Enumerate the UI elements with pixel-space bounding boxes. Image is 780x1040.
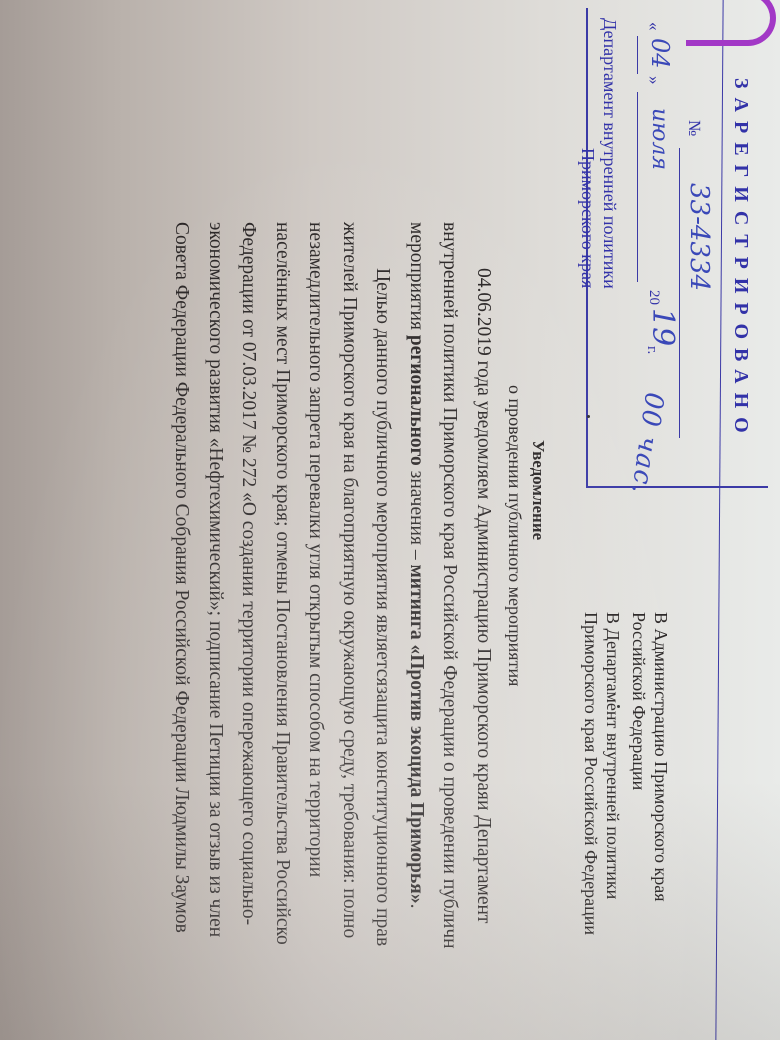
body-p2-line1: Целью данного публичного мероприятия явл… — [366, 222, 400, 1040]
stamp-day-handwritten: 04 — [646, 38, 674, 69]
stamp-year-handwritten: 19 — [645, 308, 680, 346]
ink-speck — [617, 705, 620, 708]
addressee-2-line1: В Департамент внутренней политики — [602, 612, 624, 935]
stamp-date-open-quote: « — [644, 22, 664, 31]
body-p2-line4: населённых мест Приморского края; отмены… — [266, 222, 300, 1040]
paperclip-icon — [686, 0, 776, 46]
body-p1-line3: мероприятия регионального значения – мит… — [400, 222, 434, 1040]
stamp-title: ЗАРЕГИСТРИРОВАНО — [729, 78, 752, 442]
stamp-department-line1: Департамент внутренней политики — [599, 18, 620, 289]
stamp-month-rule — [637, 92, 638, 282]
document-page: ЗАРЕГИСТРИРОВАНО № 33-4334 « 04 » июля 2… — [0, 0, 780, 1040]
stamp-date-close-quote: » — [644, 76, 664, 85]
body-text: . — [406, 904, 427, 909]
body-p2-line6: экономического развития «Нефтехимический… — [199, 222, 233, 1040]
stamp-year-prefix: 20 — [645, 290, 662, 305]
body-text: мероприятия — [406, 222, 427, 335]
document-subheading: о проведении публичного мероприятия — [504, 385, 525, 686]
stamp-month-handwritten: июля — [647, 108, 672, 170]
body-text: значения – — [406, 466, 427, 565]
addressee-1-line1: В Администрацию Приморского края — [650, 612, 672, 935]
body-p2-line7: Совета Федерации Федерального Собрания Р… — [165, 222, 199, 1040]
body-p2-line3: незамедлительного запрета перевалки угля… — [299, 222, 333, 1040]
stamp-day-rule — [637, 36, 638, 74]
event-name: митинга «Против экоцида Приморья» — [406, 564, 427, 903]
body-p1-line2: внутренней политики Приморского края Рос… — [433, 222, 467, 1040]
stamp-department-line2: Приморского края — [577, 148, 598, 288]
stamp-number-label: № — [684, 120, 704, 136]
addressee-block: В Администрацию Приморского края Российс… — [576, 612, 672, 935]
stamp-number-handwritten: 33-4334 — [684, 183, 714, 291]
document-body: 04.06.2019 года уведомляем Администрацию… — [165, 222, 500, 1040]
body-p2-line5: Федерации от 07.03.2017 № 272 «О создани… — [232, 222, 266, 1040]
stamp-number-rule — [679, 148, 680, 438]
body-text-bold: регионального — [406, 335, 427, 466]
registration-stamp: ЗАРЕГИСТРИРОВАНО № 33-4334 « 04 » июля 2… — [586, 8, 768, 488]
stamp-year-suffix: г. — [643, 346, 660, 354]
body-p2-line2: жителей Приморского края на благоприятну… — [333, 222, 367, 1040]
document-heading: Уведомление — [528, 440, 548, 540]
ink-speck — [587, 415, 590, 418]
addressee-2-line2: Приморского края Российской Федерации — [580, 612, 602, 935]
addressee-1-line2: Российской Федерации — [628, 612, 650, 935]
body-p1-line1: 04.06.2019 года уведомляем Администрацию… — [467, 222, 501, 1040]
